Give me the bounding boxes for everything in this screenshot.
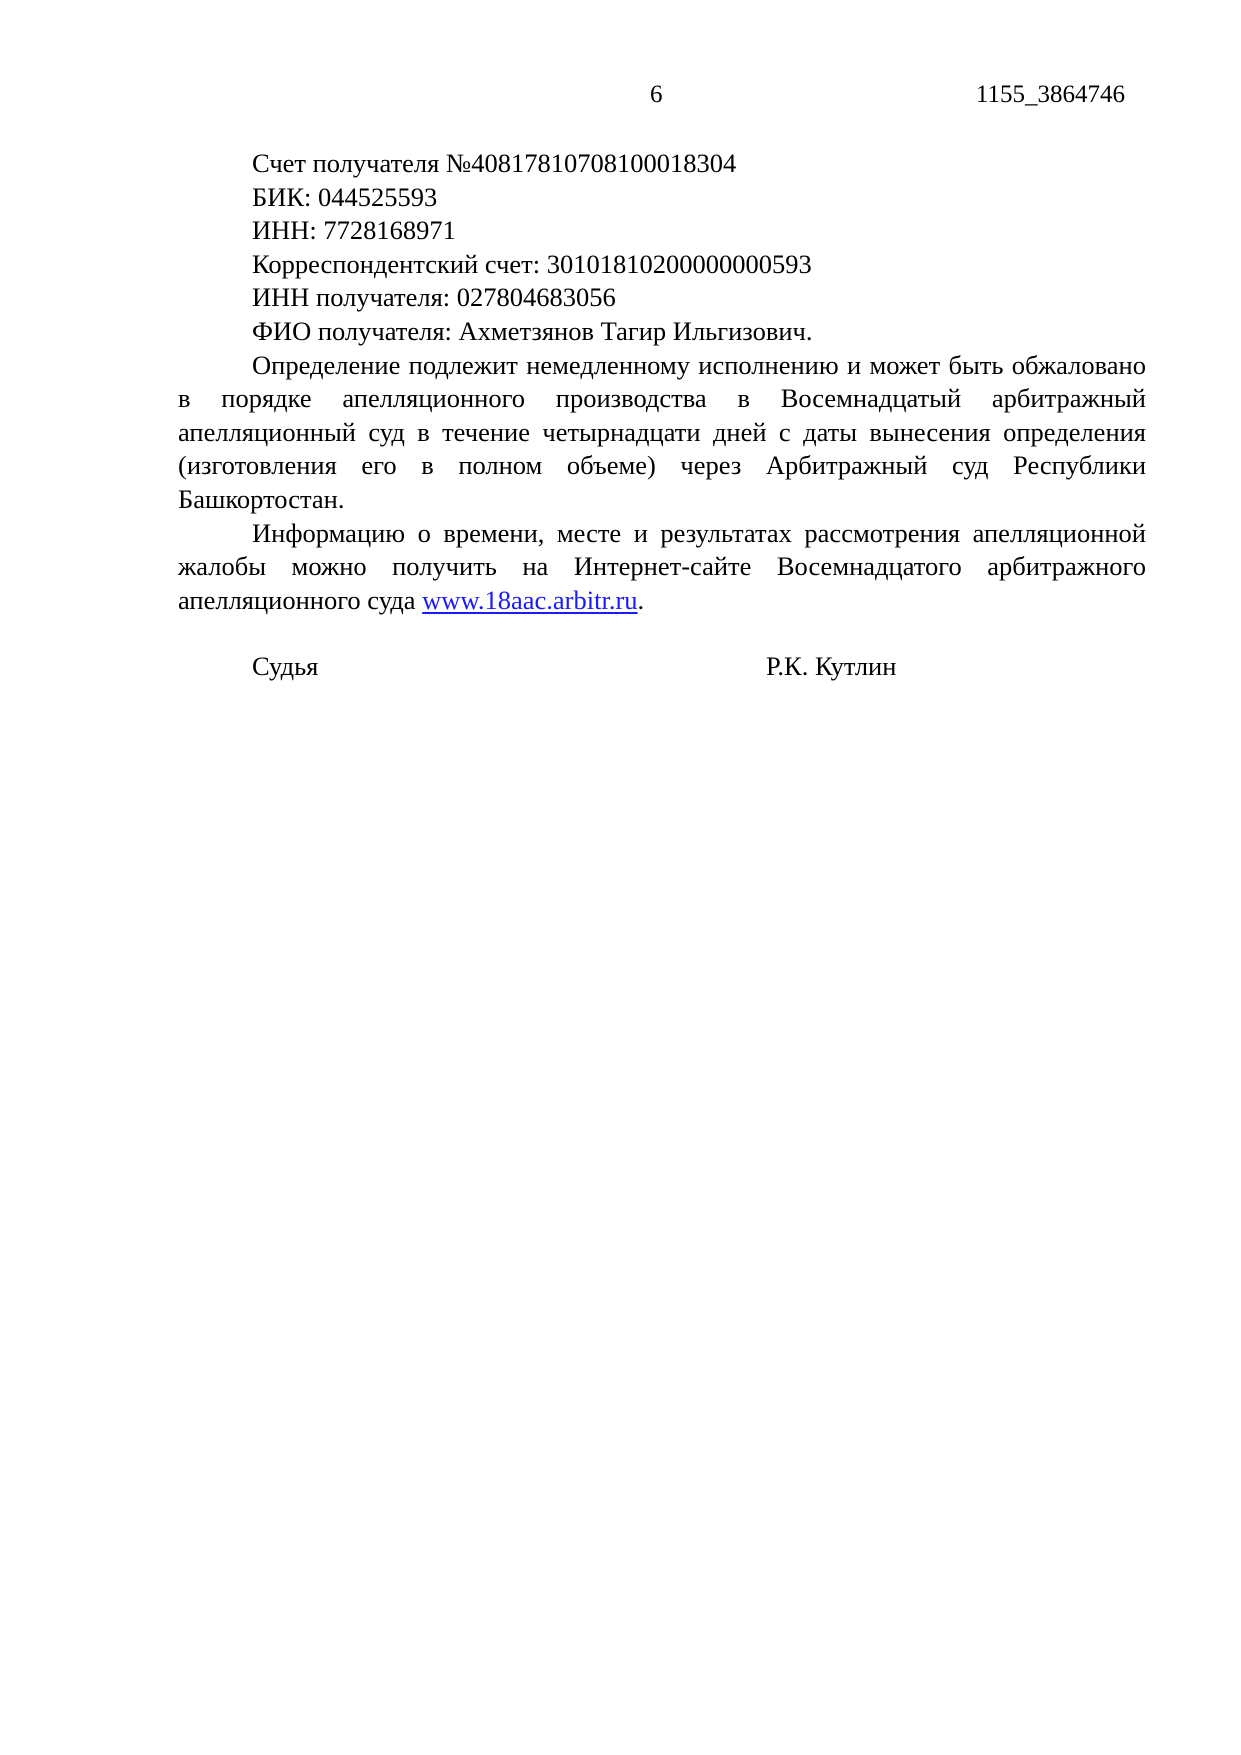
appeal-paragraph: Определение подлежит немедленному исполн… bbox=[178, 349, 1146, 517]
bank-inn: ИНН: 7728168971 bbox=[178, 214, 1146, 248]
document-page: 6 1155_3864746 Счет получателя №40817810… bbox=[0, 0, 1241, 1755]
payment-requisites: Счет получателя №40817810708100018304 БИ… bbox=[178, 147, 1146, 349]
info-text: Информацию о времени, месте и результата… bbox=[178, 518, 1146, 615]
judge-title: Судья bbox=[252, 650, 318, 684]
page-number: 6 bbox=[650, 80, 663, 110]
court-website-link[interactable]: www.18aac.arbitr.ru bbox=[422, 585, 637, 615]
info-paragraph: Информацию о времени, месте и результата… bbox=[178, 517, 1146, 618]
correspondent-account: Корреспондентский счет: 3010181020000000… bbox=[178, 248, 1146, 282]
document-body: Счет получателя №40817810708100018304 БИ… bbox=[178, 147, 1146, 617]
recipient-account: Счет получателя №40817810708100018304 bbox=[178, 147, 1146, 181]
recipient-name: ФИО получателя: Ахметзянов Тагир Ильгизо… bbox=[178, 315, 1146, 349]
info-end: . bbox=[638, 585, 645, 615]
bik: БИК: 044525593 bbox=[178, 181, 1146, 215]
document-id: 1155_3864746 bbox=[976, 80, 1125, 110]
judge-name: Р.К. Кутлин bbox=[766, 650, 896, 684]
recipient-inn: ИНН получателя: 027804683056 bbox=[178, 281, 1146, 315]
